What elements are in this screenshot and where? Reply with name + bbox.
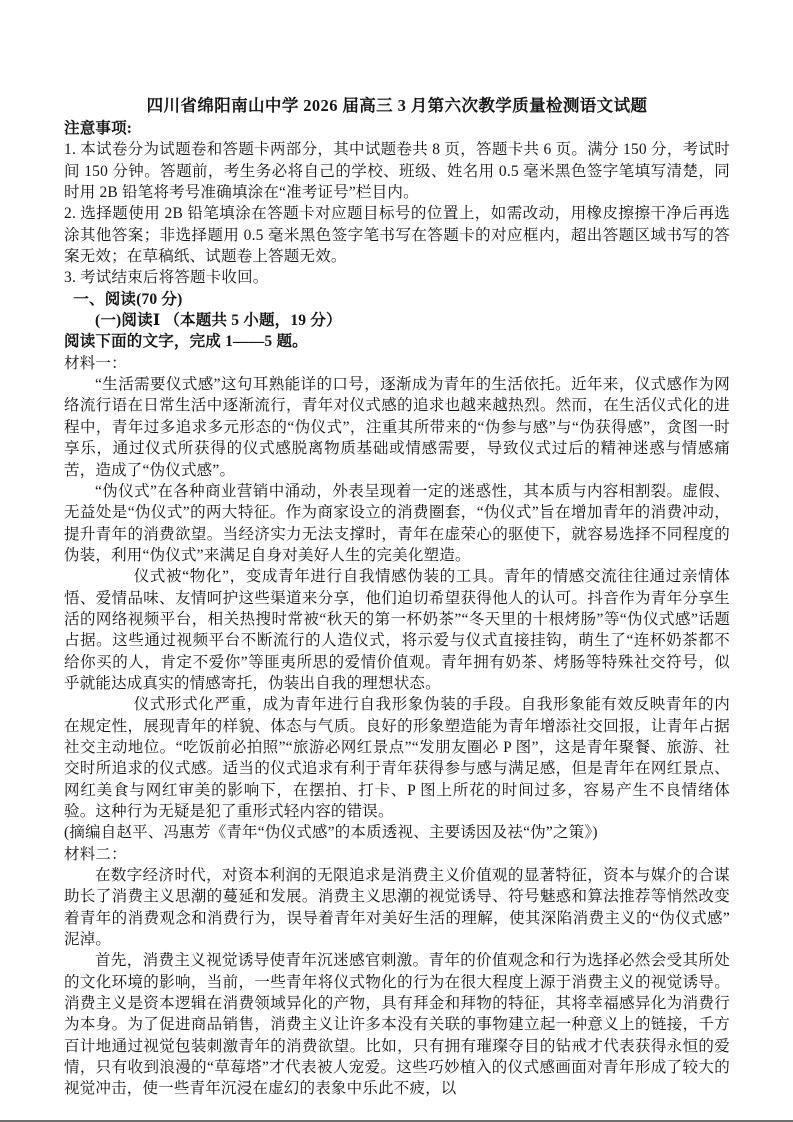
exam-paper-page: 四川省绵阳南山中学 2026 届高三 3 月第六次教学质量检测语文试题 注意事项… <box>0 0 793 1122</box>
material-one-paragraph-1: “生活需要仪式感”这句耳熟能详的口号，逐渐成为青年的生活依托。近年来，仪式感作为… <box>64 374 730 481</box>
reading-instruction: 阅读下面的文字，完成 1——5 题。 <box>64 331 730 352</box>
material-two-paragraph-2: 首先，消费主义视觉诱导使青年沉迷感官刺激。青年的价值观念和行为选择必然会受其所处… <box>64 950 730 1099</box>
notice-heading: 注意事项: <box>64 118 730 139</box>
material-one-paragraph-3: 仪式被“物化”，变成青年进行自我情感伪装的工具。青年的情感交流往往通过亲情体悟、… <box>64 566 730 694</box>
material-one-paragraph-2: “伪仪式”在各种商业营销中涌动，外表呈现着一定的迷惑性，其本质与内容相割裂。虚假… <box>64 481 730 566</box>
notice-item-2: 2. 选择题使用 2B 铅笔填涂在答题卡对应题目标号的位置上，如需改动，用橡皮擦… <box>64 203 730 267</box>
material-one-label: 材料一： <box>64 353 730 374</box>
material-two-label: 材料二： <box>64 844 730 865</box>
page-content: 四川省绵阳南山中学 2026 届高三 3 月第六次教学质量检测语文试题 注意事项… <box>64 94 730 1100</box>
material-two-paragraph-1: 在数字经济时代，对资本利润的无限追求是消费主义价值观的显著特征，资本与媒介的合谋… <box>64 865 730 950</box>
section-heading-reading: 一、阅读(70 分) <box>64 289 730 310</box>
material-one-paragraph-4: 仪式形式化严重，成为青年进行自我形象伪装的手段。自我形象能有效反映青年的内在规定… <box>64 694 730 822</box>
subsection-heading-reading-1: (一)阅读Ⅰ （本题共 5 小题，19 分） <box>64 310 730 331</box>
document-title: 四川省绵阳南山中学 2026 届高三 3 月第六次教学质量检测语文试题 <box>64 94 730 118</box>
notice-item-1: 1. 本试卷分为试题卷和答题卡两部分，其中试题卷共 8 页，答题卡共 6 页。满… <box>64 139 730 203</box>
material-one-source-citation: (摘编自赵平、冯惠芳《青年“伪仪式感”的本质透视、主要诱因及祛“伪”之策》) <box>64 822 730 843</box>
notice-item-3: 3. 考试结束后将答题卡收回。 <box>64 267 730 288</box>
